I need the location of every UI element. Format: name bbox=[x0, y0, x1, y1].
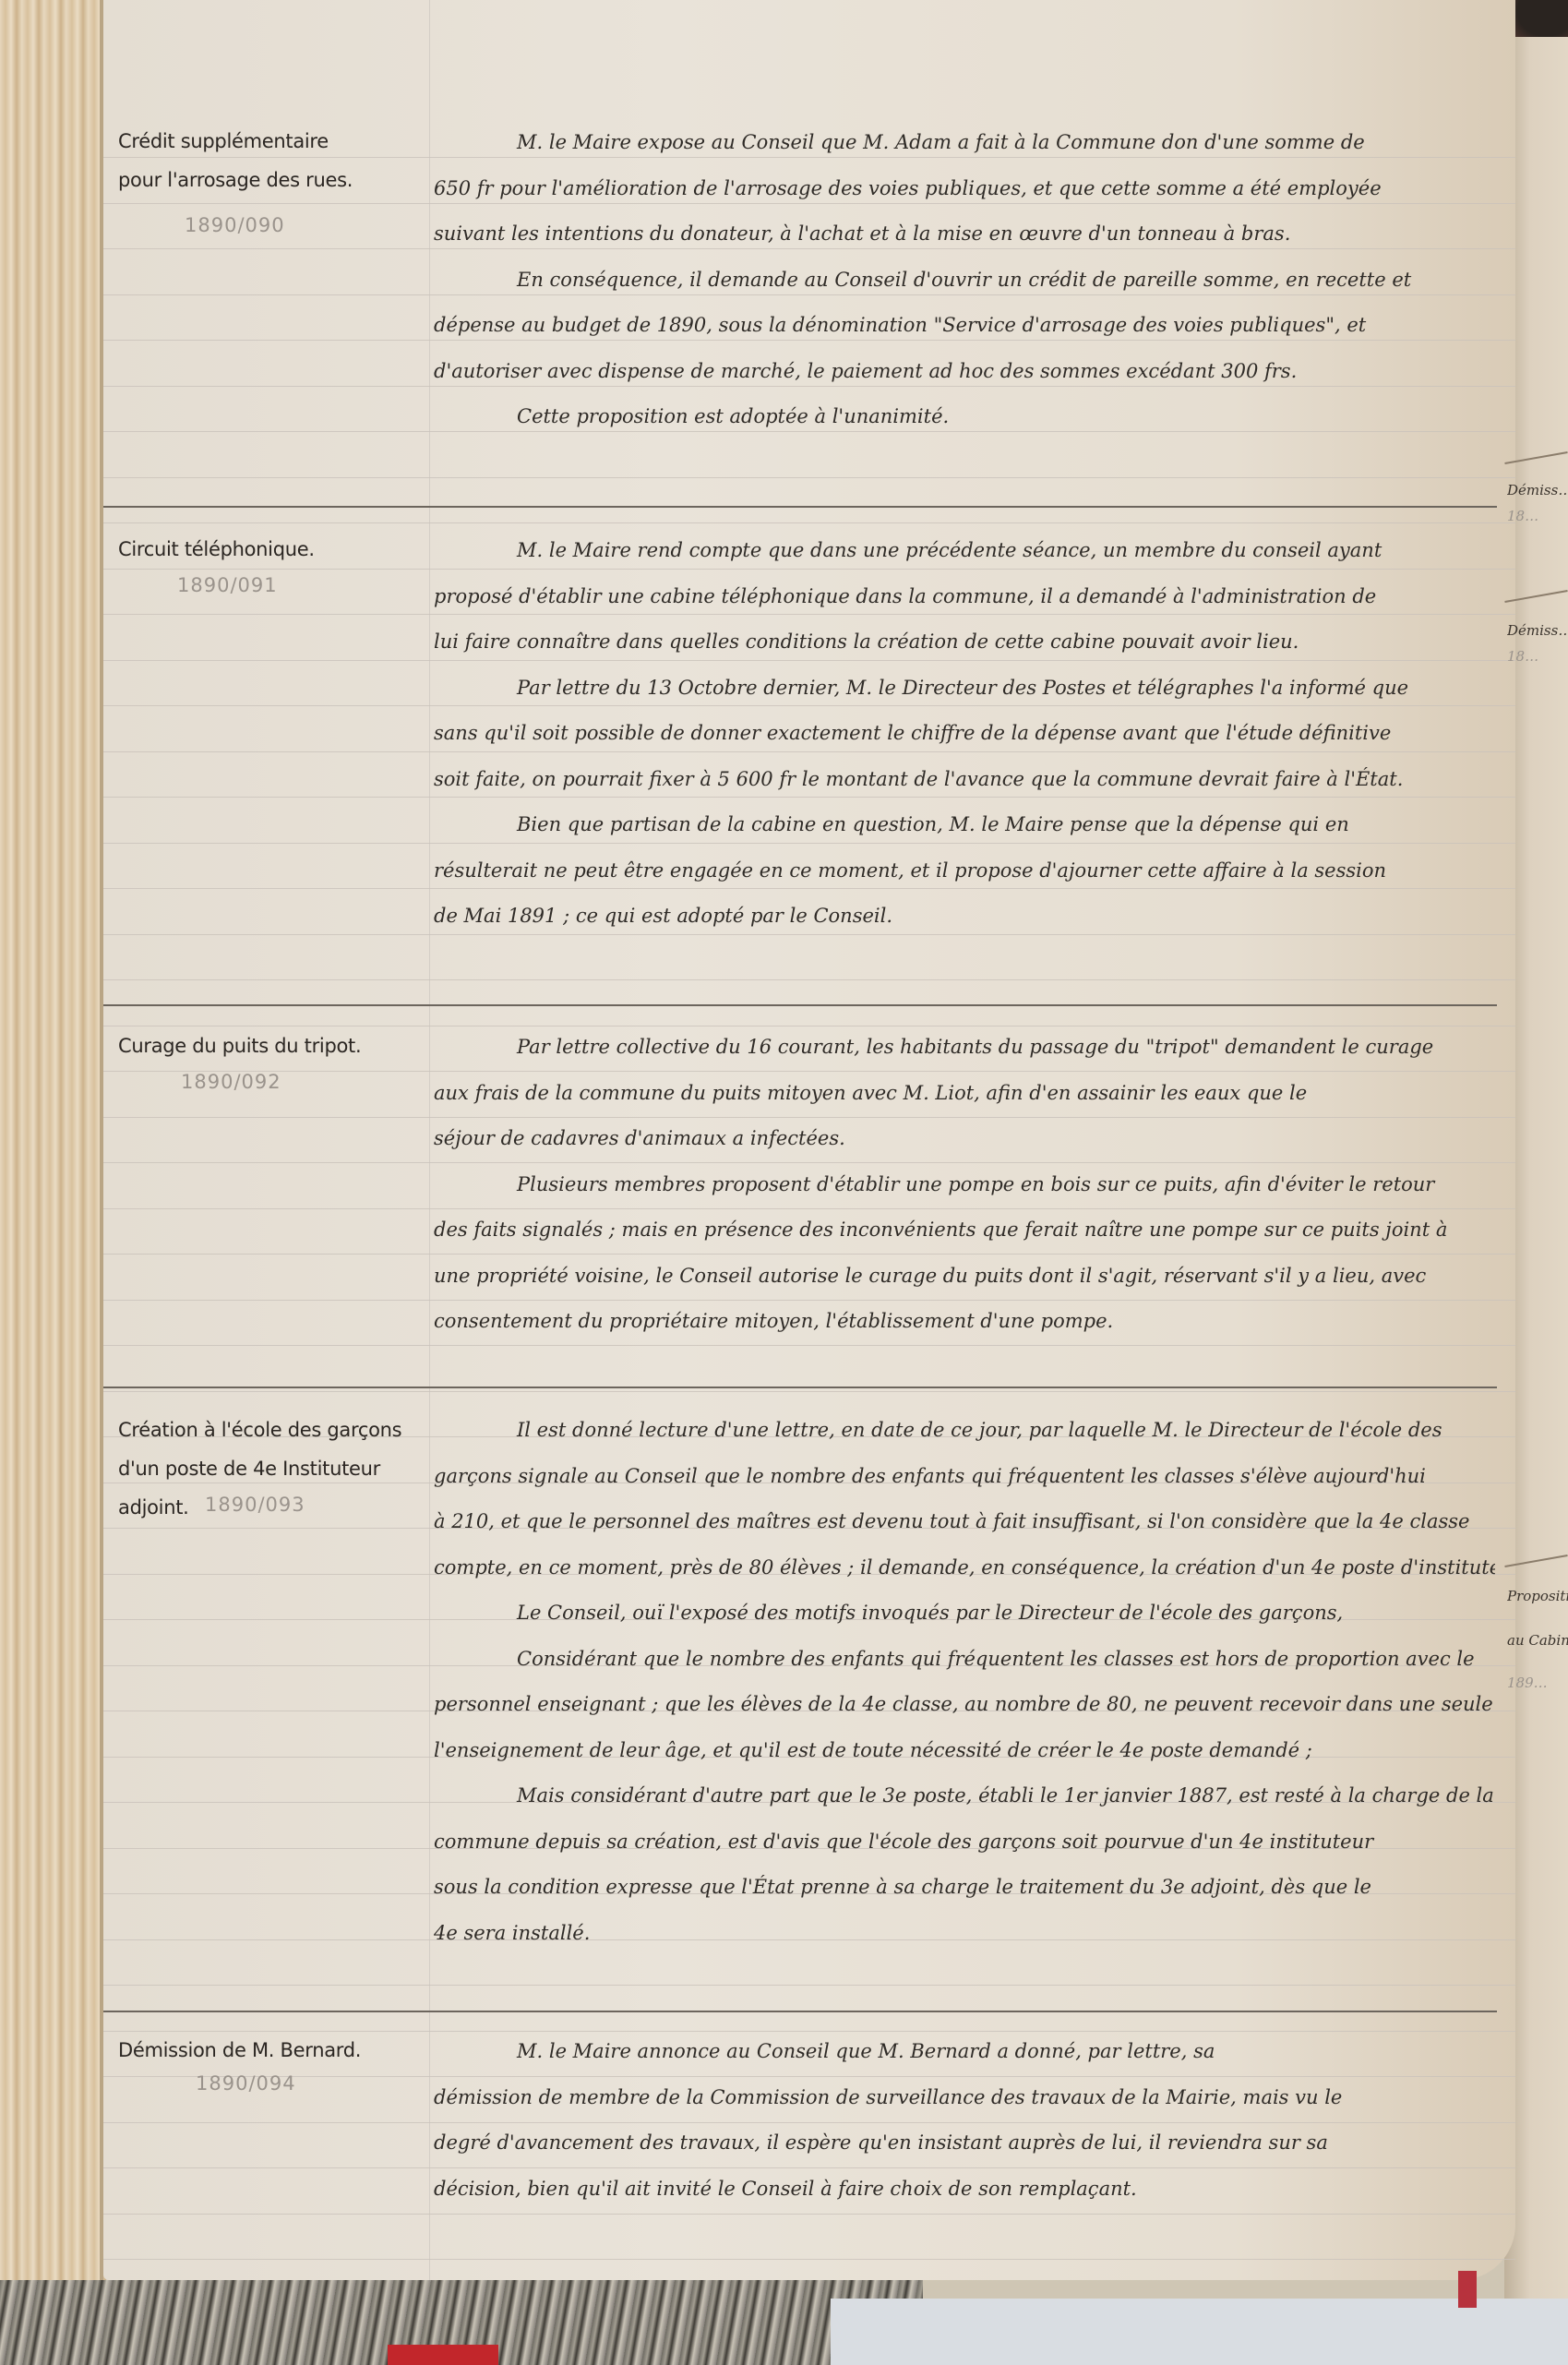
ruled-line bbox=[103, 477, 1515, 478]
ruled-line bbox=[103, 979, 1515, 980]
entry-title-line: Création à l'école des garçons bbox=[118, 1411, 432, 1449]
text-line: résulterait ne peut être engagée en ce m… bbox=[434, 848, 1495, 894]
ruled-line bbox=[103, 1985, 1515, 1986]
facing-marginal-title: Démiss… bbox=[1507, 480, 1568, 500]
entry-title: Circuit téléphonique. bbox=[118, 530, 432, 569]
ruled-line bbox=[103, 522, 1515, 523]
section-divider bbox=[103, 506, 1497, 508]
text-line: des faits signalés ; mais en présence de… bbox=[434, 1207, 1495, 1254]
entry-title-line: Crédit supplémentaire bbox=[118, 122, 432, 161]
red-ribbon bbox=[1458, 2271, 1477, 2308]
entry-title-line: Curage du puits du tripot. bbox=[118, 1026, 432, 1065]
text-line: commune depuis sa création, est d'avis q… bbox=[434, 1819, 1495, 1866]
facing-marginal-title: au Cabinet… bbox=[1507, 1630, 1568, 1651]
entry-title-line: Circuit téléphonique. bbox=[118, 530, 432, 569]
facing-marginal-ref: 18… bbox=[1507, 506, 1568, 526]
text-line: l'enseignement de leur âge, et qu'il est… bbox=[434, 1728, 1495, 1774]
text-line: dépense au budget de 1890, sous la dénom… bbox=[434, 303, 1495, 349]
text-line: M. le Maire rend compte que dans une pré… bbox=[434, 528, 1495, 574]
text-line: Par lettre collective du 16 courant, les… bbox=[434, 1025, 1495, 1071]
entry-reference: 1890/091 bbox=[177, 574, 278, 596]
text-line: 4e sera installé. bbox=[434, 1911, 1495, 1957]
ruled-line bbox=[103, 2259, 1515, 2260]
entry-body: Par lettre collective du 16 courant, les… bbox=[434, 1025, 1495, 1345]
table-surface bbox=[831, 2299, 1568, 2365]
text-line: d'autoriser avec dispense de marché, le … bbox=[434, 349, 1495, 395]
entry-title: Curage du puits du tripot. bbox=[118, 1026, 432, 1065]
text-line: Cette proposition est adoptée à l'unanim… bbox=[434, 394, 1495, 440]
text-line: soit faite, on pourrait fixer à 5 600 fr… bbox=[434, 757, 1495, 803]
text-line: Mais considérant d'autre part que le 3e … bbox=[434, 1773, 1495, 1819]
text-line: consentement du propriétaire mitoyen, l'… bbox=[434, 1299, 1495, 1345]
text-line: garçons signale au Conseil que le nombre… bbox=[434, 1454, 1495, 1500]
entry-reference: 1890/094 bbox=[196, 2072, 296, 2095]
text-line: aux frais de la commune du puits mitoyen… bbox=[434, 1071, 1495, 1117]
text-line: une propriété voisine, le Conseil autori… bbox=[434, 1254, 1495, 1300]
text-line: Plusieurs membres proposent d'établir un… bbox=[434, 1162, 1495, 1208]
text-line: à 210, et que le personnel des maîtres e… bbox=[434, 1499, 1495, 1545]
facing-marginal-title: Démiss… bbox=[1507, 620, 1568, 641]
text-line: de Mai 1891 ; ce qui est adopté par le C… bbox=[434, 894, 1495, 940]
ruled-line bbox=[103, 1391, 1515, 1392]
entry-body: M. le Maire rend compte que dans une pré… bbox=[434, 528, 1495, 940]
section-divider bbox=[103, 2011, 1497, 2012]
text-line: M. le Maire annonce au Conseil que M. Be… bbox=[434, 2029, 1495, 2075]
text-line: décision, bien qu'il ait invité le Conse… bbox=[434, 2167, 1495, 2213]
entry-title: Démission de M. Bernard. bbox=[118, 2031, 432, 2070]
text-line: M. le Maire expose au Conseil que M. Ada… bbox=[434, 120, 1495, 166]
text-line: suivant les intentions du donateur, à l'… bbox=[434, 211, 1495, 258]
entry-title-line: Démission de M. Bernard. bbox=[118, 2031, 432, 2070]
text-line: compte, en ce moment, près de 80 élèves … bbox=[434, 1545, 1495, 1591]
section-divider bbox=[103, 1004, 1497, 1006]
text-line: 650 fr pour l'amélioration de l'arrosage… bbox=[434, 166, 1495, 212]
section-divider bbox=[103, 1387, 1497, 1388]
text-line: séjour de cadavres d'animaux a infectées… bbox=[434, 1116, 1495, 1162]
text-line: sous la condition expresse que l'État pr… bbox=[434, 1865, 1495, 1911]
entry-body: Il est donné lecture d'une lettre, en da… bbox=[434, 1408, 1495, 1956]
text-line: lui faire connaître dans quelles conditi… bbox=[434, 619, 1495, 666]
book-page-edges bbox=[0, 0, 106, 2280]
entry-reference: 1890/090 bbox=[185, 214, 285, 236]
ruled-line bbox=[103, 2214, 1515, 2215]
facing-marginal-ref: 189… bbox=[1507, 1673, 1568, 1693]
text-line: Bien que partisan de la cabine en questi… bbox=[434, 802, 1495, 848]
ruled-line bbox=[103, 1345, 1515, 1346]
text-line: démission de membre de la Commission de … bbox=[434, 2075, 1495, 2121]
entry-title-line: pour l'arrosage des rues. bbox=[118, 161, 432, 199]
text-line: proposé d'établir une cabine téléphoniqu… bbox=[434, 574, 1495, 620]
entry-reference: 1890/093 bbox=[205, 1494, 305, 1516]
margin-rule bbox=[429, 0, 430, 2280]
entry-body: M. le Maire expose au Conseil que M. Ada… bbox=[434, 120, 1495, 440]
facing-marginal-ref: 18… bbox=[1507, 646, 1568, 666]
text-line: degré d'avancement des travaux, il espèr… bbox=[434, 2120, 1495, 2167]
text-line: Par lettre du 13 Octobre dernier, M. le … bbox=[434, 666, 1495, 712]
entry-body: M. le Maire annonce au Conseil que M. Be… bbox=[434, 2029, 1495, 2212]
text-line: Il est donné lecture d'une lettre, en da… bbox=[434, 1408, 1495, 1454]
text-line: Le Conseil, ouï l'exposé des motifs invo… bbox=[434, 1591, 1495, 1637]
text-line: En conséquence, il demande au Conseil d'… bbox=[434, 258, 1495, 304]
facing-marginal-title: Proposition d… bbox=[1507, 1586, 1568, 1606]
text-line: Considérant que le nombre des enfants qu… bbox=[434, 1637, 1495, 1683]
entry-title: Crédit supplémentaire pour l'arrosage de… bbox=[118, 122, 432, 199]
red-ribbon bbox=[388, 2345, 498, 2365]
entry-reference: 1890/092 bbox=[181, 1071, 281, 1093]
text-line: personnel enseignant ; que les élèves de… bbox=[434, 1682, 1495, 1728]
text-line: sans qu'il soit possible de donner exact… bbox=[434, 711, 1495, 757]
